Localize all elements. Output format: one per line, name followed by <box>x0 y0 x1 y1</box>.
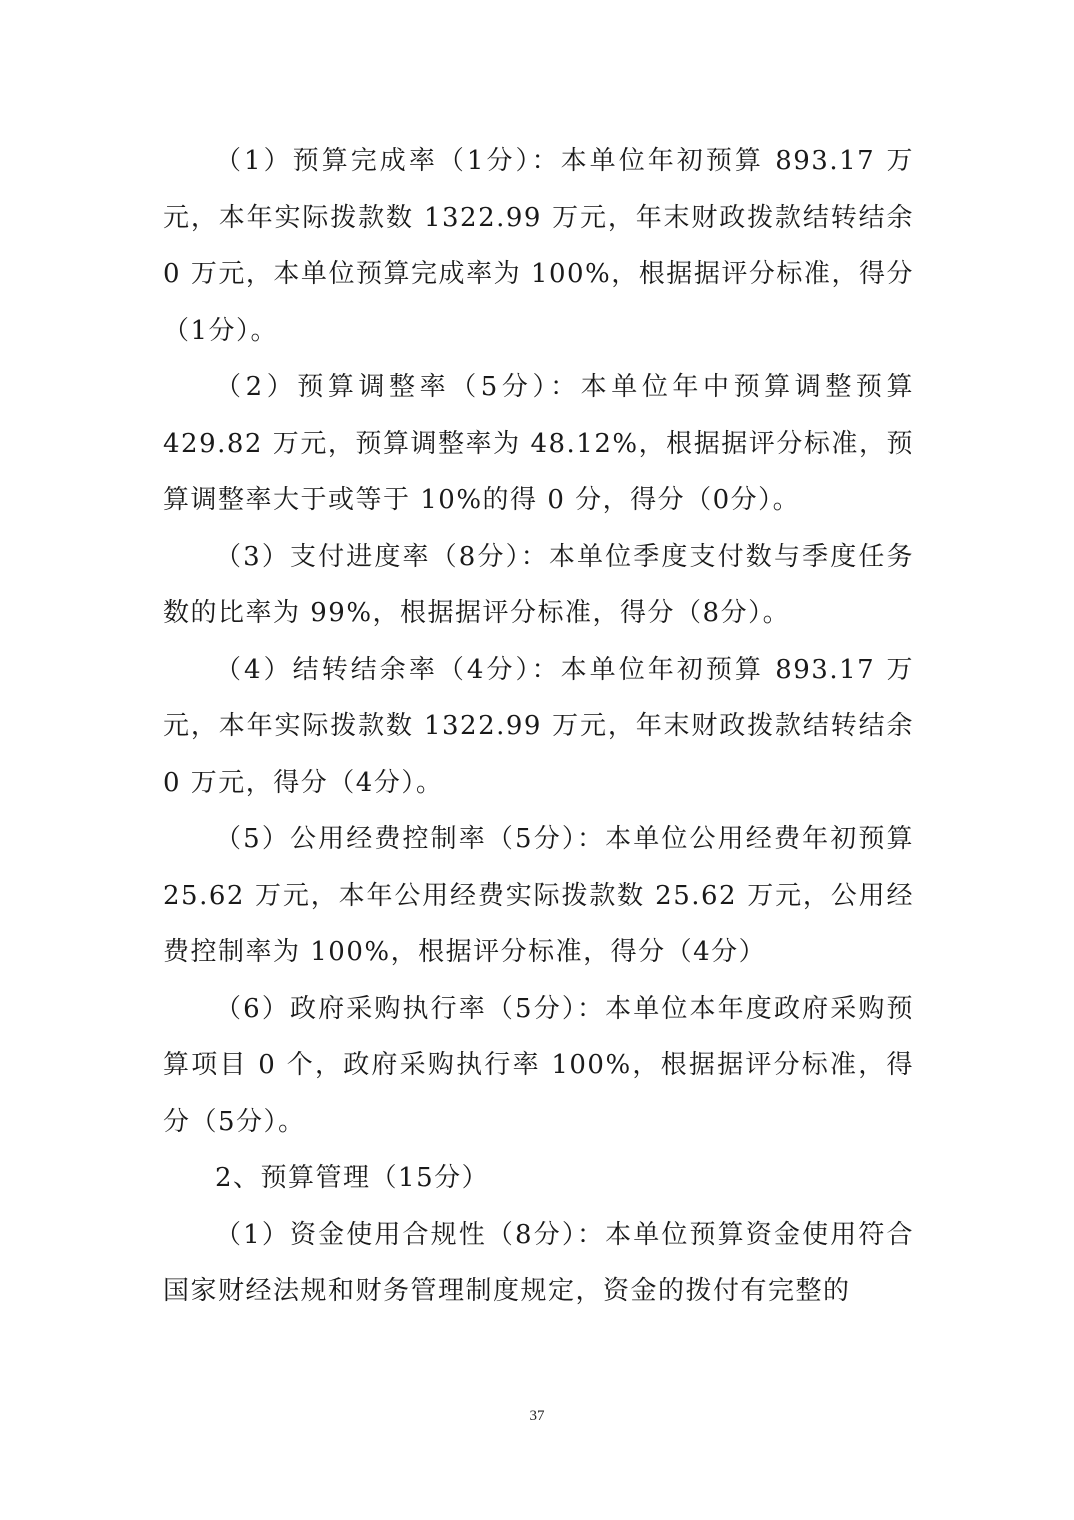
page-body: （1）预算完成率（1分）：本单位年初预算 893.17 万元，本年实际拨款数 1… <box>163 133 914 1320</box>
paragraph-payment-progress-rate: （3）支付进度率（8分）：本单位季度支付数与季度任务数的比率为 99%，根据据评… <box>163 529 914 642</box>
paragraph-gov-procurement-rate: （6）政府采购执行率（5分）：本单位本年度政府采购预算项目 0 个，政府采购执行… <box>163 981 914 1151</box>
paragraph-fund-use-compliance: （1）资金使用合规性（8分）：本单位预算资金使用符合国家财经法规和财务管理制度规… <box>163 1207 914 1320</box>
paragraph-carryover-balance-rate: （4）结转结余率（4分）：本单位年初预算 893.17 万元，本年实际拨款数 1… <box>163 642 914 812</box>
section-heading-budget-management: 2、预算管理（15分） <box>163 1150 914 1207</box>
paragraph-public-expense-control-rate: （5）公用经费控制率（5分）：本单位公用经费年初预算 25.62 万元，本年公用… <box>163 811 914 981</box>
paragraph-budget-adjustment-rate: （2）预算调整率（5分）：本单位年中预算调整预算 429.82 万元，预算调整率… <box>163 359 914 529</box>
page-number: 37 <box>0 1408 1074 1425</box>
paragraph-budget-completion-rate: （1）预算完成率（1分）：本单位年初预算 893.17 万元，本年实际拨款数 1… <box>163 133 914 359</box>
document-page: （1）预算完成率（1分）：本单位年初预算 893.17 万元，本年实际拨款数 1… <box>0 0 1074 1520</box>
